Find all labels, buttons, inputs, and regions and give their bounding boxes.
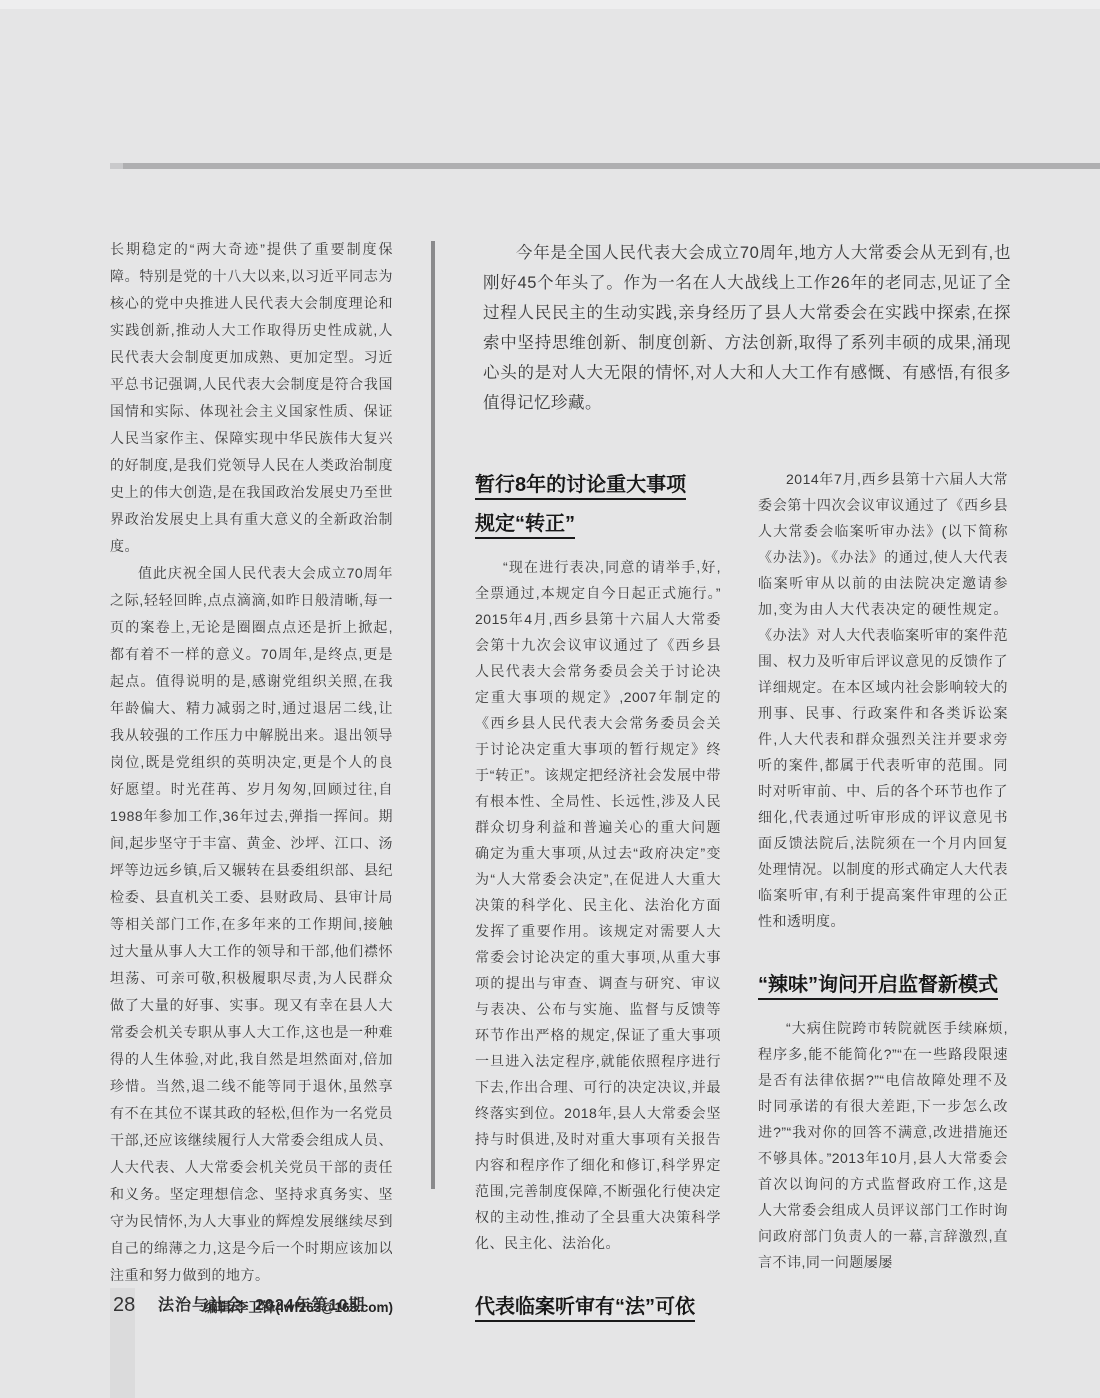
column-divider-line [431,241,435,1189]
journal-name: 法治与社会 [158,1297,243,1314]
left-paragraph-retrospective: 值此庆祝全国人民代表大会成立70周年之际,轻轻回眸,点点滴滴,如昨日般清晰,每一… [110,560,393,1289]
magazine-page: 长期稳定的“两大奇迹”提供了重要制度保障。特别是党的十八大以来,以习近平同志为核… [0,0,1100,1398]
journal-issue: 2024年第10期 [255,1297,365,1314]
middle-paragraph-major-issues: “现在进行表决,同意的请举手,好,全票通过,本规定自今日起正式施行。”2015年… [475,554,721,1256]
section-heading-major-issues: 暂行8年的讨论重大事项规定“转正” [475,466,699,544]
page-number: 28 [113,1292,135,1318]
section-heading-major-issues-text: 暂行8年的讨论重大事项规定“转正” [475,474,686,539]
right-column: 2014年7月,西乡县第十六届人大常委会第十四次会议审议通过了《西乡县人大常委会… [758,466,1008,1275]
middle-column: 暂行8年的讨论重大事项规定“转正” “现在进行表决,同意的请举手,好,全票通过,… [475,466,721,1327]
section-heading-hearing-law: 代表临案听审有“法”可依 [475,1288,721,1327]
section-heading-spicy-inquiry: “辣味”询问开启监督新模式 [758,966,1008,1005]
intro-paragraph: 今年是全国人民代表大会成立70周年,地方人大常委会从无到有,也刚好45个年头了。… [483,238,1011,418]
right-paragraph-hearing-measures: 2014年7月,西乡县第十六届人大常委会第十四次会议审议通过了《西乡县人大常委会… [758,466,1008,934]
right-paragraph-inquiry: “大病住院跨市转院就医手续麻烦,程序多,能不能简化?”“在一些路段限速是否有法律… [758,1015,1008,1275]
journal-title-line: 法治与社会2024年第10期 [158,1295,365,1317]
header-rule-tip [110,163,123,169]
section-heading-spicy-inquiry-text: “辣味”询问开启监督新模式 [758,974,998,1000]
page-top-edge [0,0,1100,9]
left-paragraph-continuation: 长期稳定的“两大奇迹”提供了重要制度保障。特别是党的十八大以来,以习近平同志为核… [110,236,393,560]
left-column: 长期稳定的“两大奇迹”提供了重要制度保障。特别是党的十八大以来,以习近平同志为核… [110,236,393,1319]
header-rule [110,163,1100,169]
intro-block: 今年是全国人民代表大会成立70周年,地方人大常委会从无到有,也刚好45个年头了。… [483,238,1011,418]
section-heading-hearing-law-text: 代表临案听审有“法”可依 [475,1296,695,1322]
